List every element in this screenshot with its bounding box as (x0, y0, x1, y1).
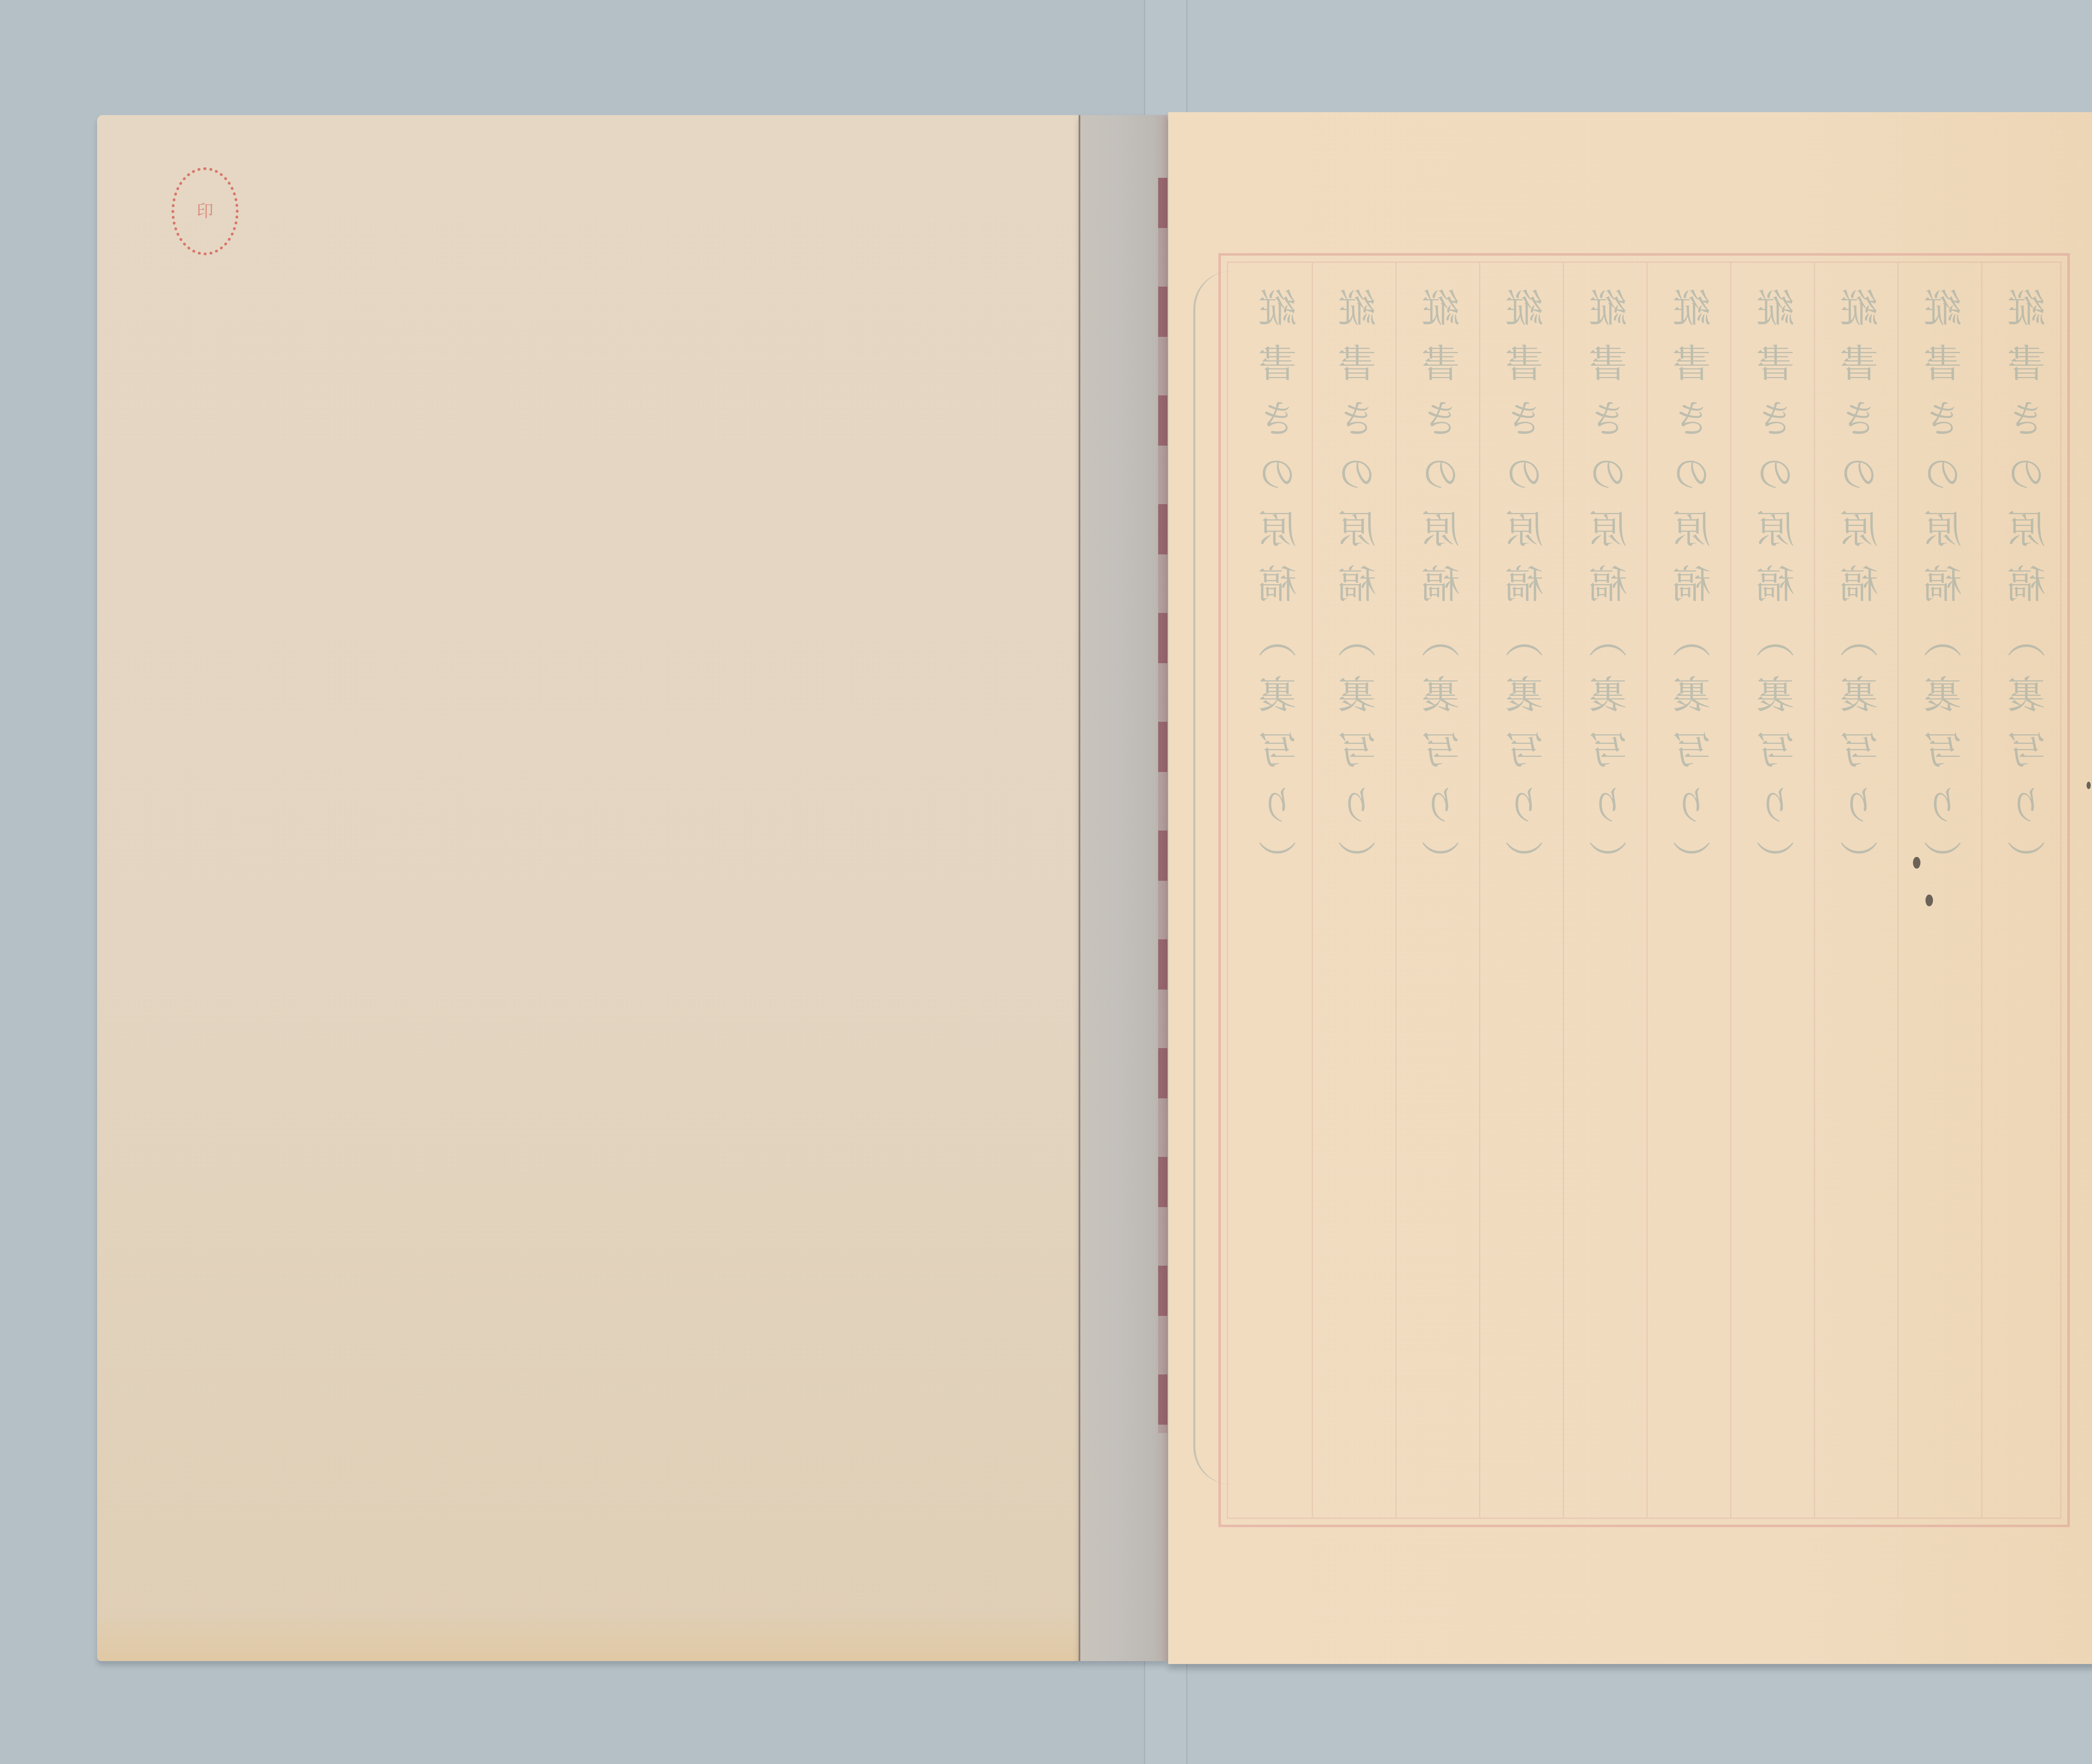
ink-spot (1925, 895, 1933, 906)
book-spine (1079, 115, 1167, 1661)
manuscript-column: 縦書きの原稿（裏写り） (1416, 288, 1466, 1501)
column-rule (1814, 263, 1815, 1518)
manuscript-grid-inner: 縦書きの原稿（裏写り） 縦書きの原稿（裏写り） 縦書きの原稿（裏写り） 縦書きの… (1227, 262, 2061, 1519)
column-rule (1312, 263, 1313, 1518)
left-page: 印 (97, 115, 1079, 1661)
column-rule (1730, 263, 1731, 1518)
column-rule (1981, 263, 1982, 1518)
manuscript-column: 縦書きの原稿（裏写り） (1584, 288, 1634, 1501)
manuscript-column: 縦書きの原稿（裏写り） (1333, 288, 1383, 1501)
manuscript-column: 縦書きの原稿（裏写り） (1835, 288, 1885, 1501)
ink-spot (2087, 782, 2091, 789)
manuscript-column: 縦書きの原稿（裏写り） (1918, 288, 1969, 1501)
manuscript-column: 縦書きの原稿（裏写り） (1253, 288, 1303, 1501)
manuscript-column: 縦書きの原稿（裏写り） (1500, 288, 1550, 1501)
column-rule (1563, 263, 1564, 1518)
seal-text: 印 (197, 200, 213, 222)
column-rule (1395, 263, 1397, 1518)
right-page: 縦書きの原稿（裏写り） 縦書きの原稿（裏写り） 縦書きの原稿（裏写り） 縦書きの… (1168, 112, 2092, 1664)
manuscript-column: 縦書きの原稿（裏写り） (2002, 288, 2052, 1501)
manuscript-grid-frame: 縦書きの原稿（裏写り） 縦書きの原稿（裏写り） 縦書きの原稿（裏写り） 縦書きの… (1218, 253, 2070, 1527)
spine-stain (1158, 178, 1167, 1433)
manuscript-column: 縦書きの原稿（裏写り） (1667, 288, 1718, 1501)
column-rule (1479, 263, 1480, 1518)
manuscript-column: 縦書きの原稿（裏写り） (1751, 288, 1801, 1501)
seal-stamp-icon: 印 (172, 167, 238, 255)
ink-spot (1913, 857, 1920, 869)
column-rule (1897, 263, 1899, 1518)
column-rule (1646, 263, 1648, 1518)
